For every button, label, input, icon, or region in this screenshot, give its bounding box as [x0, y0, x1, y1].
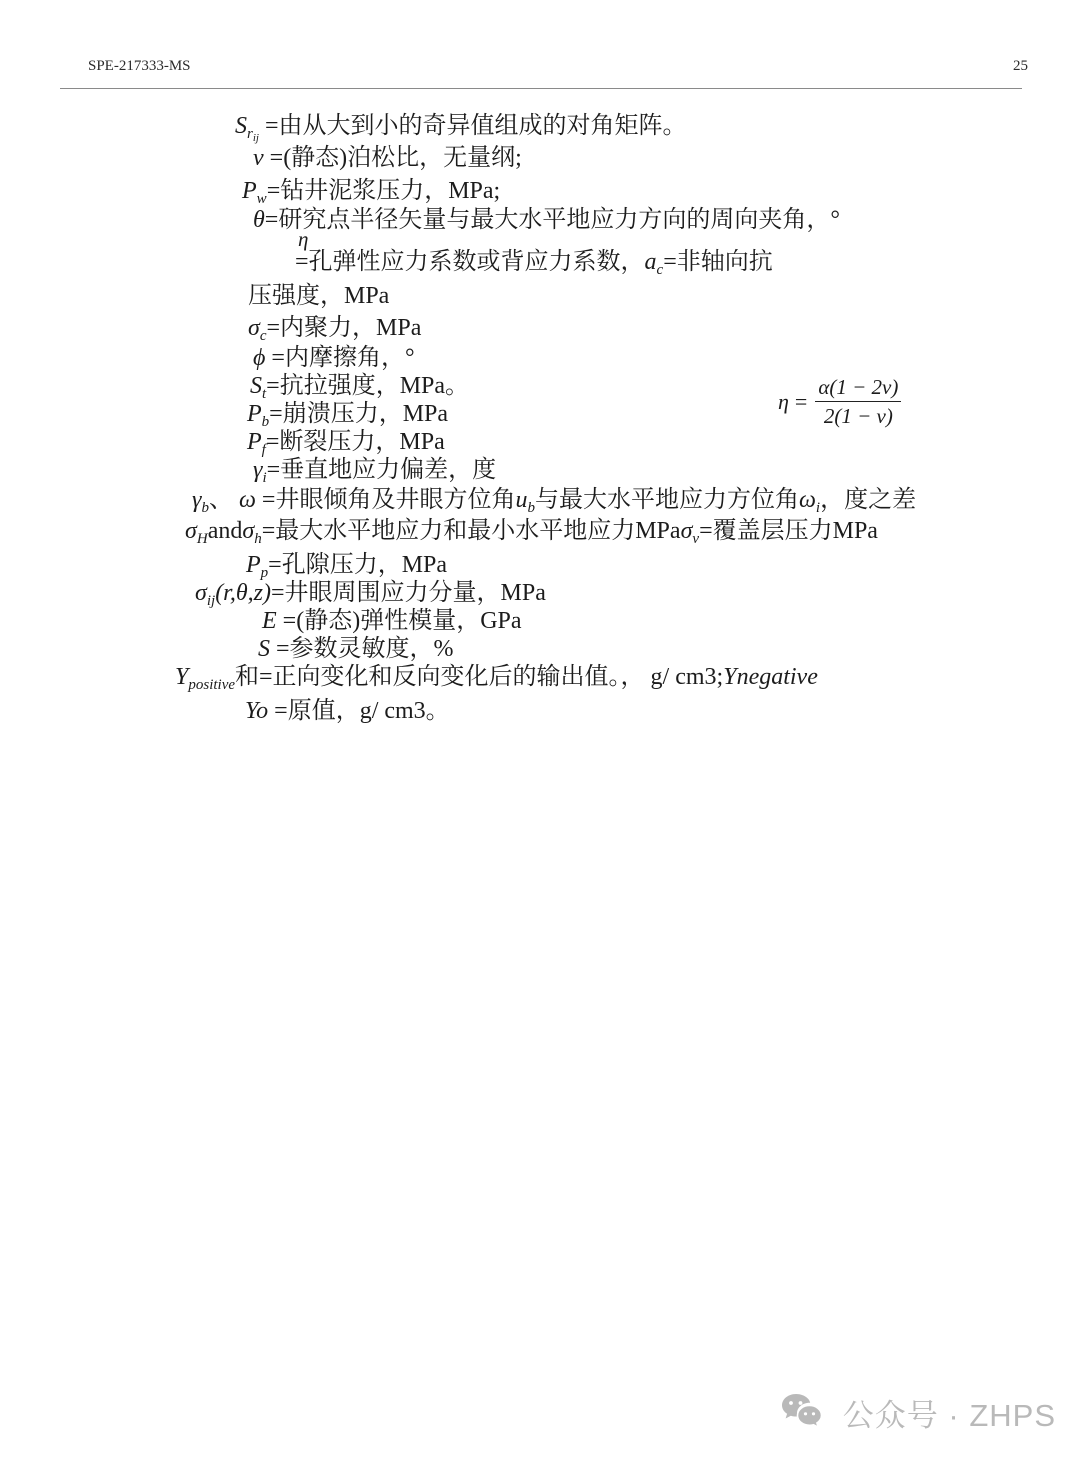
nomenclature-line: ϕ =内摩擦角，° — [253, 344, 1080, 372]
nomenclature-line: Yo =原值，g/ cm3。 — [245, 697, 1080, 725]
nomenclature-line: Pf=断裂压力，MPa — [247, 428, 1080, 456]
nomenclature-line: Pb=崩溃压力，MPa — [247, 400, 1080, 428]
formula-equals: = — [795, 388, 807, 416]
nomenclature-line: v =(静态)泊松比，无量纲; — [253, 144, 1080, 172]
eta-formula: η = α(1 − 2v) 2(1 − v) — [778, 374, 901, 429]
formula-denominator: 2(1 − v) — [815, 402, 901, 429]
nomenclature-line: 压强度，MPa — [248, 282, 1080, 310]
nomenclature-line: σc=内聚力，MPa — [248, 314, 1080, 342]
document-id: SPE-217333-MS — [88, 58, 191, 75]
page-number: 25 — [1013, 58, 1028, 75]
nomenclature-line: E =(静态)弹性模量，GPa — [262, 607, 1080, 635]
formula-fraction: α(1 − 2v) 2(1 − v) — [815, 374, 901, 429]
watermark-label: 公众号 · ZHPS — [843, 1390, 1056, 1435]
header-rule — [60, 88, 1022, 89]
eta-over-equals: η= — [295, 248, 309, 276]
nomenclature-line: σHandσh=最大水平地应力和最小水平地应力MPaσv=覆盖层压力MPa — [185, 517, 1080, 545]
nomenclature-line: Pw=钻井泥浆压力，MPa; — [242, 177, 1080, 205]
formula-lhs: η — [778, 388, 789, 416]
watermark: 公众号 · ZHPS — [779, 1390, 1056, 1435]
page-header: SPE-217333-MS 25 — [0, 58, 1080, 82]
nomenclature-line: σij(r,θ,z)=井眼周围应力分量，MPa — [195, 579, 1080, 607]
nomenclature-line: γb、 ω =井眼倾角及井眼方位角ub与最大水平地应力方位角ωi，度之差 — [192, 486, 1080, 514]
nomenclature-line: θ=研究点半径矢量与最大水平地应力方向的周向夹角，° — [253, 206, 1080, 234]
wechat-icon — [779, 1392, 831, 1434]
nomenclature-list: Srij =由从大到小的奇异值组成的对角矩阵。v =(静态)泊松比，无量纲;Pw… — [0, 112, 1080, 725]
nomenclature-line: Pp=孔隙压力，MPa — [246, 551, 1080, 579]
nomenclature-line: Srij =由从大到小的奇异值组成的对角矩阵。 — [235, 112, 1080, 140]
nomenclature-line: η=孔弹性应力系数或背应力系数，ac=非轴向抗 — [295, 248, 1080, 276]
nomenclature-line: S =参数灵敏度，% — [258, 635, 1080, 663]
formula-numerator: α(1 − 2v) — [815, 374, 901, 402]
nomenclature-line: γi=垂直地应力偏差，度 — [253, 456, 1080, 484]
nomenclature-section: Srij =由从大到小的奇异值组成的对角矩阵。v =(静态)泊松比，无量纲;Pw… — [0, 112, 1080, 725]
nomenclature-line: Ypositive和=正向变化和反向变化后的输出值。， g/ cm3;Ynega… — [175, 663, 1080, 691]
nomenclature-line: St=抗拉强度，MPa。 — [250, 372, 1080, 400]
